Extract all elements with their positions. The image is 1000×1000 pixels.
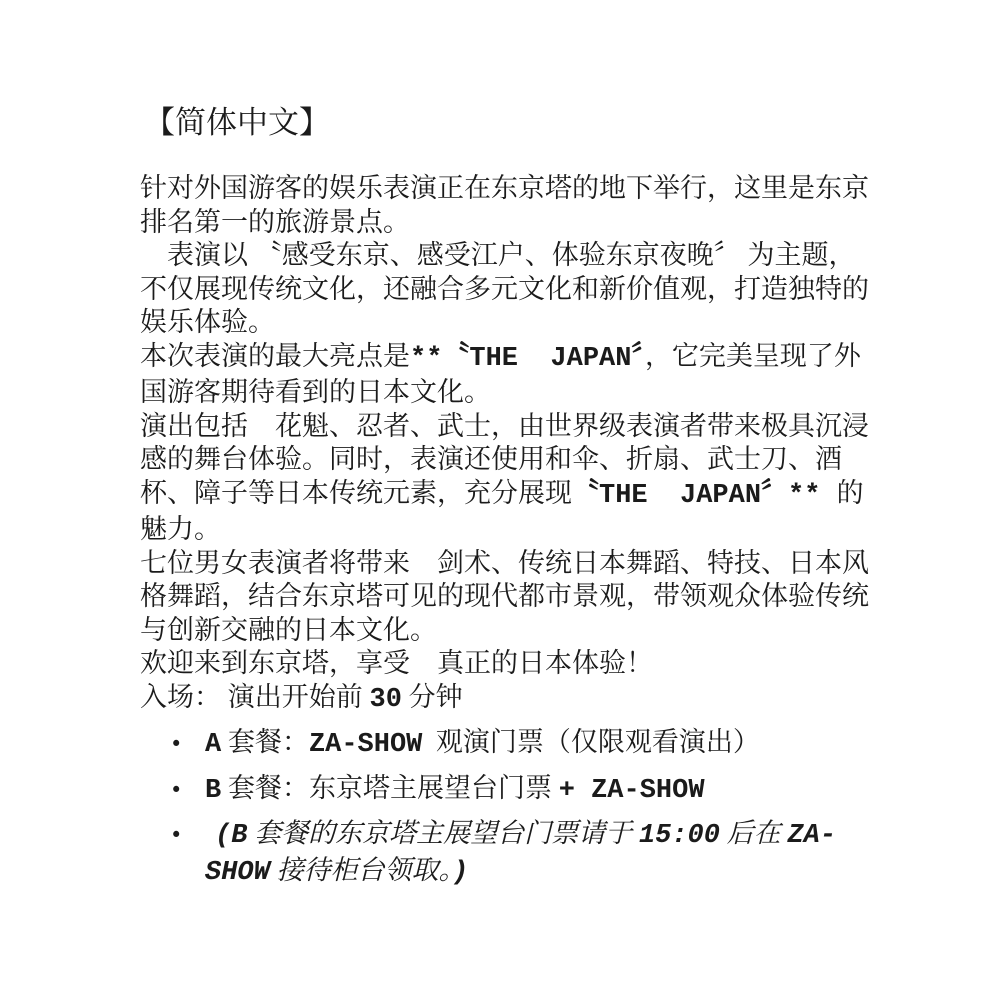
- paragraph-highlight-pre: 本次表演的最大亮点是: [140, 341, 410, 371]
- package-b-show-name: + ZA-SHOW: [559, 776, 705, 806]
- the-japan-emphasis: **〝THE JAPAN〞: [410, 344, 645, 374]
- package-a-text-1: 套餐：: [221, 727, 309, 757]
- paragraph-theme-text: 表演以 〝感受东京、感受江户、体验东京夜晚〞 为主题，不仅展现传统文化，还融合多…: [140, 240, 869, 337]
- paragraph-intro-text: 针对外国游客的娱乐表演正在东京塔的地下举行，这里是东京排名第一的旅游景点。: [140, 173, 869, 237]
- package-a-item: •A 套餐：ZA-SHOW 观演门票（仅限观看演出）: [140, 726, 872, 763]
- package-a-text-2: 观演门票（仅限观看演出）: [422, 727, 760, 757]
- package-b-text-1: 套餐：东京塔主展望台门票: [221, 773, 559, 803]
- bullet-icon: •: [170, 728, 182, 762]
- paragraph-performers: 七位男女表演者将带来 剑术、传统日本舞蹈、特技、日本风格舞蹈，结合东京塔可见的现…: [140, 547, 872, 648]
- entrance-minutes: 30: [370, 685, 402, 715]
- note-time: 15:00: [639, 821, 720, 851]
- the-japan-emphasis-2: 〝THE JAPAN〞**: [572, 481, 837, 511]
- paragraph-theme: 表演以 〝感受东京、感受江户、体验东京夜晚〞 为主题，不仅展现传统文化，还融合多…: [140, 239, 872, 340]
- body-text: 针对外国游客的娱乐表演正在东京塔的地下举行，这里是东京排名第一的旅游景点。 表演…: [140, 172, 872, 890]
- entrance-post: 分钟: [402, 682, 463, 712]
- note-text-1: 套餐的东京塔主展望台门票请于: [247, 818, 639, 848]
- package-note-item: •(B 套餐的东京塔主展望台门票请于 15:00 后在 ZA-SHOW 接待柜台…: [140, 817, 872, 890]
- paragraph-welcome: 欢迎来到东京塔，享受 真正的日本体验！: [140, 647, 872, 681]
- paragraph-performance: 演出包括 花魁、忍者、武士，由世界级表演者带来极具沉浸感的舞台体验。同时，表演还…: [140, 410, 872, 547]
- paragraph-highlight: 本次表演的最大亮点是**〝THE JAPAN〞，它完美呈现了外国游客期待看到的日…: [140, 340, 872, 410]
- note-close-paren: ): [452, 858, 468, 888]
- section-heading: 【简体中文】: [144, 104, 872, 142]
- note-text-3: 接待柜台领取。: [270, 855, 452, 885]
- paragraph-intro: 针对外国游客的娱乐表演正在东京塔的地下举行，这里是东京排名第一的旅游景点。: [140, 172, 872, 239]
- package-a-label: A: [205, 730, 221, 760]
- bullet-icon: •: [170, 774, 182, 808]
- package-a-show-name: ZA-SHOW: [309, 730, 422, 760]
- paragraph-welcome-text: 欢迎来到东京塔，享受 真正的日本体验！: [140, 648, 653, 678]
- package-b-label: B: [205, 776, 221, 806]
- entrance-info: 入场： 演出开始前 30 分钟: [140, 681, 872, 718]
- document-page: 【简体中文】 针对外国游客的娱乐表演正在东京塔的地下举行，这里是东京排名第一的旅…: [0, 0, 1000, 1000]
- package-b-item: •B 套餐：东京塔主展望台门票 + ZA-SHOW: [140, 772, 872, 809]
- note-open-paren: (B: [215, 821, 247, 851]
- bullet-icon: •: [170, 819, 182, 853]
- note-text-2: 后在: [720, 818, 788, 848]
- paragraph-performers-text: 七位男女表演者将带来 剑术、传统日本舞蹈、特技、日本风格舞蹈，结合东京塔可见的现…: [140, 548, 869, 645]
- entrance-pre: 入场： 演出开始前: [140, 682, 370, 712]
- document-content: 【简体中文】 针对外国游客的娱乐表演正在东京塔的地下举行，这里是东京排名第一的旅…: [140, 104, 872, 890]
- package-list: •A 套餐：ZA-SHOW 观演门票（仅限观看演出） •B 套餐：东京塔主展望台…: [140, 726, 872, 890]
